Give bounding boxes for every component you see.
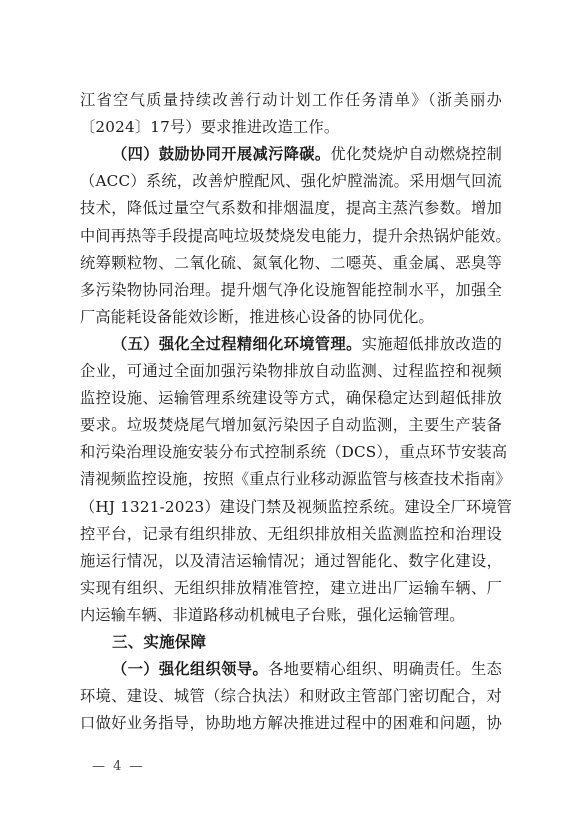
line-text: 江省空气质量持续改善行动计划工作任务清单》（浙美丽办 [80,91,502,109]
line-text: 清视频监控设施，按照《重点行业移动源监管与核查技术指南》 [80,470,511,488]
text-line: 口做好业务指导，协助地方解决推进过程中的困难和问题，协 [80,710,502,737]
text-line: 环境、建设、城管（综合执法）和财政主管部门密切配合，对 [80,683,502,710]
text-line: 施运行情况，以及清洁运输情况；通过智能化、数字化建设， [80,548,502,575]
subsection-lead: （一）强化组织领导。 [112,660,268,678]
line-text: 中间再热等手段提高吨垃圾焚烧发电能力，提升余热锅炉能效。 [80,227,511,245]
line-text: 和污染治理设施安装分布式控制系统（DCS），重点环节安装高 [80,443,507,461]
line-text: 技术，降低过量空气系数和排烟温度，提高主蒸汽参数。增加 [80,199,502,217]
text-line: （五）强化全过程精细化环境管理。实施超低排放改造的 [112,331,502,358]
text-line: 江省空气质量持续改善行动计划工作任务清单》（浙美丽办 [80,87,502,114]
line-text: 统筹颗粒物、二氧化硫、氮氧化物、二噁英、重金属、恶臭等 [80,254,502,272]
line-text: 三、实施保障 [112,633,206,651]
line-text: （HJ 1321-2023）建设门禁及视频监控系统。建设全厂环境管 [80,498,512,516]
line-text: 环境、建设、城管（综合执法）和财政主管部门密切配合，对 [80,687,502,705]
text-line: 和污染治理设施安装分布式控制系统（DCS），重点环节安装高 [80,439,502,466]
line-text: 厂高能耗设备能效诊断，推进核心设备的协同优化。 [80,308,434,326]
line-text: 企业，可通过全面加强污染物排放自动监测、过程监控和视频 [80,362,502,380]
subsection-lead: （五）强化全过程精细化环境管理。 [112,335,362,353]
line-text: 多污染物协同治理。提升烟气净化设施智能控制水平，加强全 [80,281,502,299]
text-line: 〔2024〕17号）要求推进改造工作。 [80,114,502,141]
text-line: 监控设施、运输管理系统建设等方式，确保稳定达到超低排放 [80,385,502,412]
subsection-lead: （四）鼓励协同开展减污降碳。 [112,145,331,163]
text-line: 中间再热等手段提高吨垃圾焚烧发电能力，提升余热锅炉能效。 [80,223,502,250]
text-line: （一）强化组织领导。各地要精心组织、明确责任。生态 [112,656,502,683]
text-line: 清视频监控设施，按照《重点行业移动源监管与核查技术指南》 [80,466,502,493]
text-line: 内运输车辆、非道路移动机械电子台账，强化运输管理。 [80,602,502,629]
text-line: 控平台，记录有组织排放、无组织排放相关监测监控和治理设 [80,521,502,548]
line-text: 〔2024〕17号）要求推进改造工作。 [80,118,339,136]
text-line: （ACC）系统，改善炉膛配风、强化炉膛湍流。采用烟气回流 [80,168,502,195]
line-text: 口做好业务指导，协助地方解决推进过程中的困难和问题，协 [80,714,502,732]
line-text: 优化焚烧炉自动燃烧控制 [331,145,502,163]
line-text: 各地要精心组织、明确责任。生态 [268,660,502,678]
text-line: 技术，降低过量空气系数和排烟温度，提高主蒸汽参数。增加 [80,195,502,222]
line-text: 施运行情况，以及清洁运输情况；通过智能化、数字化建设， [80,552,502,570]
text-line: 厂高能耗设备能效诊断，推进核心设备的协同优化。 [80,304,502,331]
line-text: 监控设施、运输管理系统建设等方式，确保稳定达到超低排放 [80,389,502,407]
line-text: 内运输车辆、非道路移动机械电子台账，强化运输管理。 [80,606,465,624]
line-text: 实施超低排放改造的 [362,335,502,353]
text-line: 实现有组织、无组织排放精准管控，建立进出厂运输车辆、厂 [80,575,502,602]
text-line: 统筹颗粒物、二氧化硫、氮氧化物、二噁英、重金属、恶臭等 [80,250,502,277]
text-line: （四）鼓励协同开展减污降碳。优化焚烧炉自动燃烧控制 [112,141,502,168]
document-page: 江省空气质量持续改善行动计划工作任务清单》（浙美丽办〔2024〕17号）要求推进… [0,0,578,818]
text-line: 企业，可通过全面加强污染物排放自动监测、过程监控和视频 [80,358,502,385]
section-heading: 三、实施保障 [112,629,502,656]
text-line: 要求。垃圾焚烧尾气增加氨污染因子自动监测，主要生产装备 [80,412,502,439]
text-line: 多污染物协同治理。提升烟气净化设施智能控制水平，加强全 [80,277,502,304]
line-text: 要求。垃圾焚烧尾气增加氨污染因子自动监测，主要生产装备 [80,416,502,434]
line-text: 控平台，记录有组织排放、无组织排放相关监测监控和治理设 [80,525,502,543]
line-text: 实现有组织、无组织排放精准管控，建立进出厂运输车辆、厂 [80,579,502,597]
line-text: （ACC）系统，改善炉膛配风、强化炉膛湍流。采用烟气回流 [80,172,502,190]
text-line: （HJ 1321-2023）建设门禁及视频监控系统。建设全厂环境管 [80,494,502,521]
page-number: — 4 — [92,759,145,774]
